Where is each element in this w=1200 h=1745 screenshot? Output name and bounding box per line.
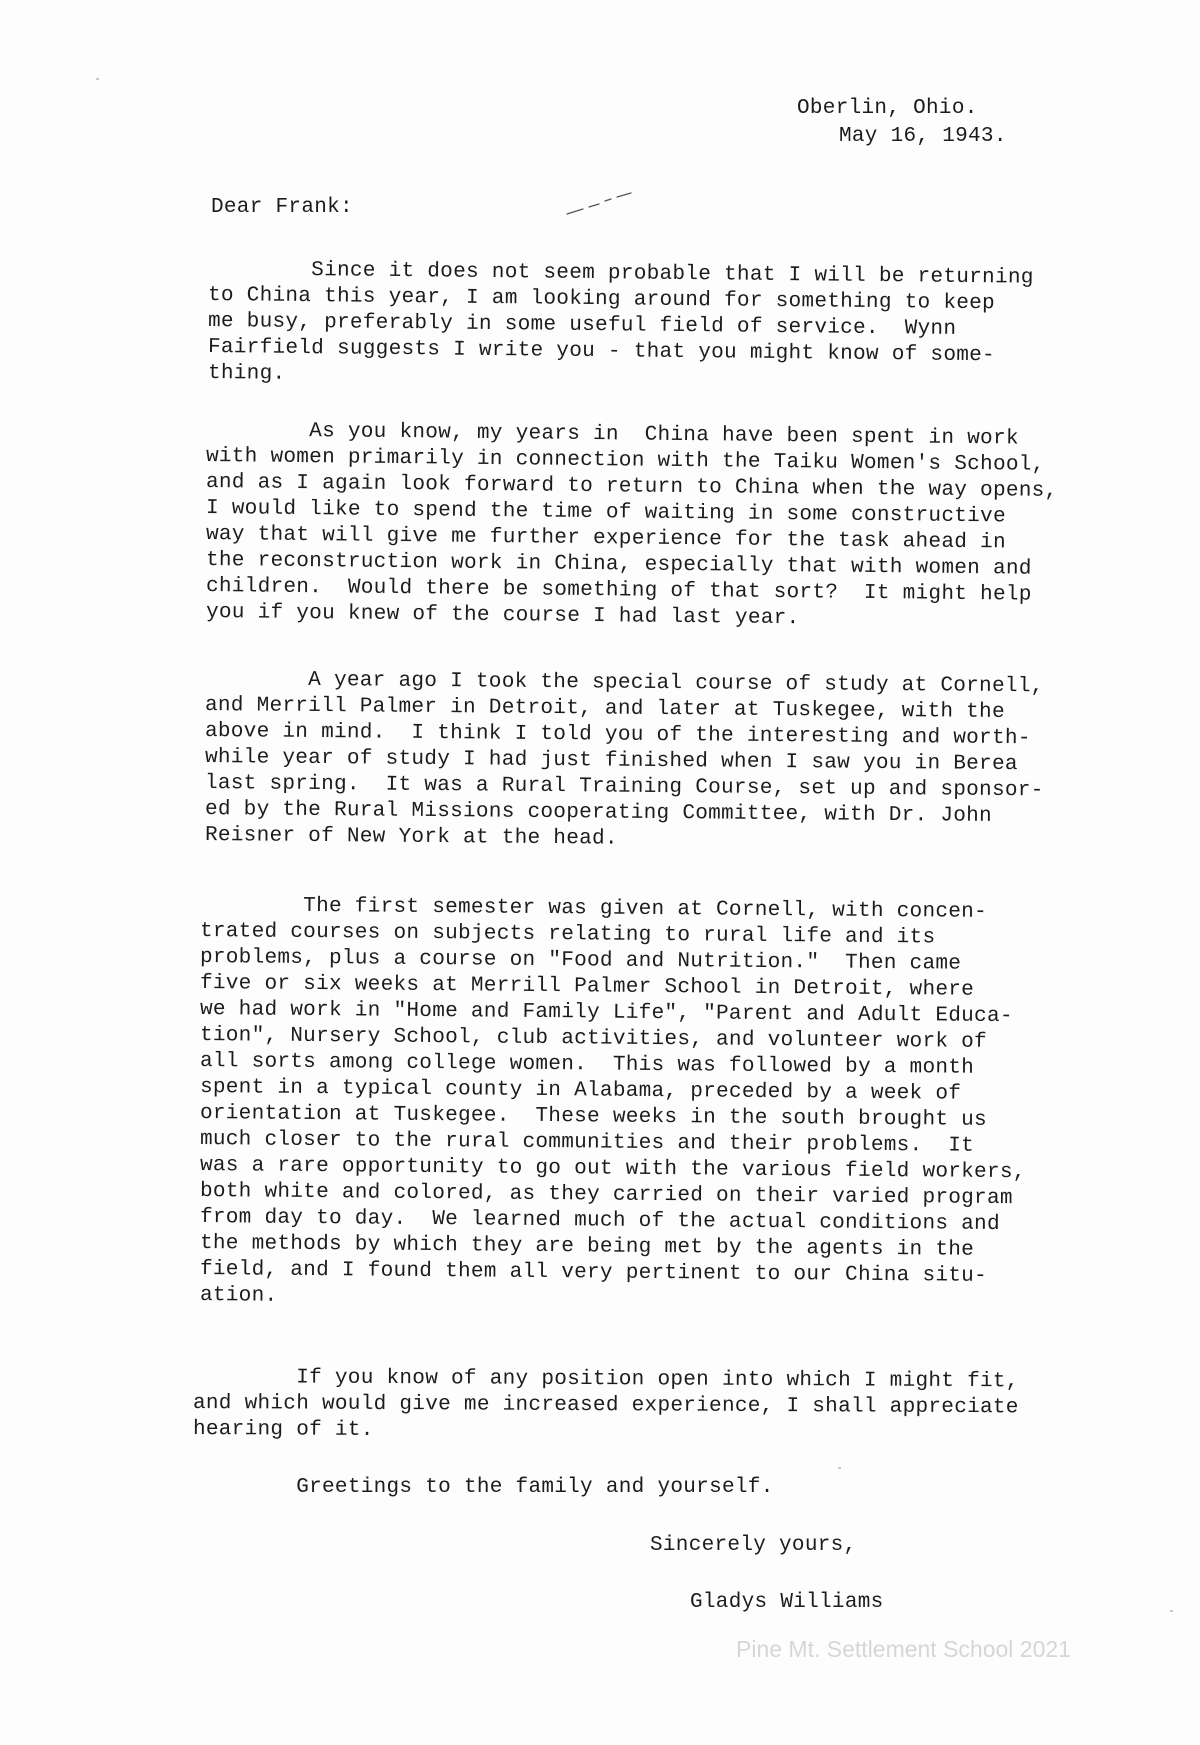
letter-signature: Gladys Williams <box>690 1590 884 1616</box>
paragraph-line: hearing of it. <box>193 1417 374 1444</box>
paper-speck <box>96 78 99 80</box>
paragraph-line: field, and I found them all very pertine… <box>200 1257 987 1290</box>
paper-speck <box>838 1467 841 1469</box>
paragraph-line: ation. <box>200 1283 278 1310</box>
letter-closing: Sincerely yours, <box>650 1533 856 1559</box>
letter-salutation: Dear Frank: <box>211 195 353 221</box>
letter-place: Oberlin, Ohio. <box>797 96 978 122</box>
paper-speck <box>1170 1610 1173 1612</box>
stray-pen-mark-icon <box>565 192 635 218</box>
paragraph-line: thing. <box>208 361 286 388</box>
archive-watermark: Pine Mt. Settlement School 2021 <box>736 1636 1071 1663</box>
paragraph-line: you if you knew of the course I had last… <box>206 600 800 632</box>
paragraph-line: Reisner of New York at the head. <box>205 823 618 853</box>
paragraph-line: Greetings to the family and yourself. <box>193 1475 774 1501</box>
letter-date: May 16, 1943. <box>839 124 1007 150</box>
letter-page: Oberlin, Ohio. May 16, 1943. Dear Frank:… <box>0 0 1200 1745</box>
